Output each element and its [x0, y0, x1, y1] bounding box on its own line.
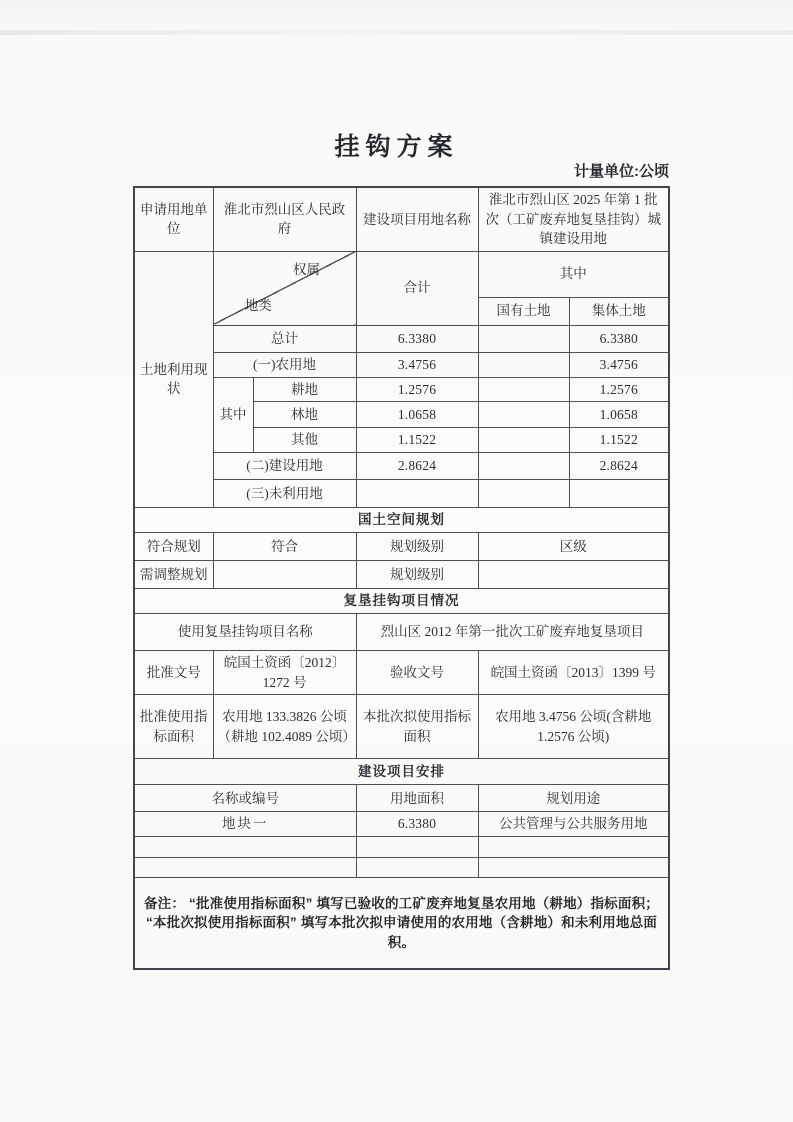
state-land-column-header: 国有土地 [478, 297, 569, 325]
row-collective-value: 2.8624 [569, 453, 669, 480]
plot-use [478, 857, 669, 877]
row-state-value [478, 428, 569, 453]
row-state-value [478, 377, 569, 402]
approved-area-label: 批准使用指标面积 [134, 695, 213, 759]
row-collective-value: 6.3380 [569, 325, 669, 352]
row-total-value: 3.4756 [356, 352, 478, 377]
conform-planning-row: 符合规划 符合 规划级别 区级 [134, 533, 669, 561]
linking-plan-table: 申请用地单位 淮北市烈山区人民政府 建设项目用地名称 淮北市烈山区 2025 年… [133, 186, 670, 970]
row-total-value: 1.0658 [356, 402, 478, 428]
section-title-construction: 建设项目安排 [134, 759, 669, 785]
plot-name [134, 857, 356, 877]
plot-use [478, 836, 669, 857]
plot-area [356, 836, 478, 857]
row-total-value [356, 480, 478, 508]
construction-band-row: 建设项目安排 [134, 759, 669, 785]
among-column-header: 其中 [478, 251, 669, 297]
plot-area: 6.3380 [356, 812, 478, 837]
approved-area-value: 农用地 133.3826 公顷（耕地 102.4089 公顷） [213, 695, 356, 759]
row-state-value [478, 325, 569, 352]
acceptance-doc-value: 皖国土资函〔2013〕1399 号 [478, 651, 669, 695]
plot-name [134, 836, 356, 857]
construction-row [134, 836, 669, 857]
adjust-planning-row: 需调整规划 规划级别 [134, 561, 669, 589]
reclamation-project-label: 使用复垦挂钩项目名称 [134, 614, 356, 651]
row-label: (三)未利用地 [213, 480, 356, 508]
planning-level-label: 规划级别 [356, 561, 478, 589]
plot-use-column-header: 规划用途 [478, 785, 669, 812]
acceptance-doc-label: 验收文号 [356, 651, 478, 695]
current-area-label: 本批次拟使用指标面积 [356, 695, 478, 759]
planning-level-label: 规划级别 [356, 533, 478, 561]
section-title-spatial-planning: 国土空间规划 [134, 508, 669, 533]
current-area-value: 农用地 3.4756 公顷(含耕地 1.2576 公顷) [478, 695, 669, 759]
project-name-value: 淮北市烈山区 2025 年第 1 批次（工矿废弃地复垦挂钩）城镇建设用地 [478, 187, 669, 251]
applicant-label: 申请用地单位 [134, 187, 213, 251]
subgroup-label: 其中 [213, 377, 253, 453]
row-label: (二)建设用地 [213, 453, 356, 480]
construction-row [134, 857, 669, 877]
land-use-header-row: 土地利用现状 权属 地类 合计 其中 [134, 251, 669, 297]
adjust-value [213, 561, 356, 589]
reclamation-project-value: 烈山区 2012 年第一批次工矿废弃地复垦项目 [356, 614, 669, 651]
spatial-planning-band-row: 国土空间规划 [134, 508, 669, 533]
plot-name: 地块一 [134, 812, 356, 837]
plot-name-column-header: 名称或编号 [134, 785, 356, 812]
plot-use: 公共管理与公共服务用地 [478, 812, 669, 837]
row-state-value [478, 402, 569, 428]
row-label: 林地 [253, 402, 356, 428]
approval-doc-value: 皖国土资函〔2012〕1272 号 [213, 651, 356, 695]
row-state-value [478, 480, 569, 508]
land-use-section-label: 土地利用现状 [134, 251, 213, 508]
page-title: 挂钩方案 [0, 127, 793, 163]
row-collective-value [569, 480, 669, 508]
collective-land-column-header: 集体土地 [569, 297, 669, 325]
construction-header-row: 名称或编号 用地面积 规划用途 [134, 785, 669, 812]
total-column-header: 合计 [356, 251, 478, 325]
row-label: 其他 [253, 428, 356, 453]
reclamation-band-row: 复垦挂钩项目情况 [134, 589, 669, 614]
diagonal-landtype-label: 地类 [245, 296, 272, 316]
row-label: 耕地 [253, 377, 356, 402]
conform-value: 符合 [213, 533, 356, 561]
row-state-value [478, 352, 569, 377]
row-total-value: 1.1522 [356, 428, 478, 453]
remark-text: 备注： “批准使用指标面积” 填写已验收的工矿废弃地复垦农用地（耕地）指标面积；… [134, 877, 669, 969]
row-collective-value: 1.1522 [569, 428, 669, 453]
row-collective-value: 1.2576 [569, 377, 669, 402]
row-label: 总计 [213, 325, 356, 352]
reclamation-project-row: 使用复垦挂钩项目名称 烈山区 2012 年第一批次工矿废弃地复垦项目 [134, 614, 669, 651]
row-label: (一)农用地 [213, 352, 356, 377]
diagonal-header-cell: 权属 地类 [213, 251, 356, 325]
unit-note: 计量单位:公顷 [574, 160, 669, 181]
remark-row: 备注： “批准使用指标面积” 填写已验收的工矿废弃地复垦农用地（耕地）指标面积；… [134, 877, 669, 969]
row-total-value: 1.2576 [356, 377, 478, 402]
land-use-row-construction: (二)建设用地 2.8624 2.8624 [134, 453, 669, 480]
land-use-row-agricultural: (一)农用地 3.4756 3.4756 [134, 352, 669, 377]
approval-doc-label: 批准文号 [134, 651, 213, 695]
row-collective-value: 1.0658 [569, 402, 669, 428]
row-total-value: 2.8624 [356, 453, 478, 480]
row-collective-value: 3.4756 [569, 352, 669, 377]
diagonal-ownership-label: 权属 [293, 260, 320, 280]
land-use-row-total: 总计 6.3380 6.3380 [134, 325, 669, 352]
indicator-area-row: 批准使用指标面积 农用地 133.3826 公顷（耕地 102.4089 公顷）… [134, 695, 669, 759]
document-numbers-row: 批准文号 皖国土资函〔2012〕1272 号 验收文号 皖国土资函〔2013〕1… [134, 651, 669, 695]
conform-label: 符合规划 [134, 533, 213, 561]
plot-area [356, 857, 478, 877]
project-name-label: 建设项目用地名称 [356, 187, 478, 251]
document-page: 挂钩方案 计量单位:公顷 申请用地单位 淮北市烈山区人民政府 建设项目用地名称 … [0, 0, 793, 1122]
adjust-label: 需调整规划 [134, 561, 213, 589]
planning-level-value [478, 561, 669, 589]
land-use-row-cultivated: 其中 耕地 1.2576 1.2576 [134, 377, 669, 402]
construction-row: 地块一 6.3380 公共管理与公共服务用地 [134, 812, 669, 837]
section-title-reclamation: 复垦挂钩项目情况 [134, 589, 669, 614]
scan-artifact-band [0, 30, 793, 35]
row-total-value: 6.3380 [356, 325, 478, 352]
planning-level-value: 区级 [478, 533, 669, 561]
applicant-project-row: 申请用地单位 淮北市烈山区人民政府 建设项目用地名称 淮北市烈山区 2025 年… [134, 187, 669, 251]
applicant-value: 淮北市烈山区人民政府 [213, 187, 356, 251]
land-use-row-unused: (三)未利用地 [134, 480, 669, 508]
row-state-value [478, 453, 569, 480]
plot-area-column-header: 用地面积 [356, 785, 478, 812]
